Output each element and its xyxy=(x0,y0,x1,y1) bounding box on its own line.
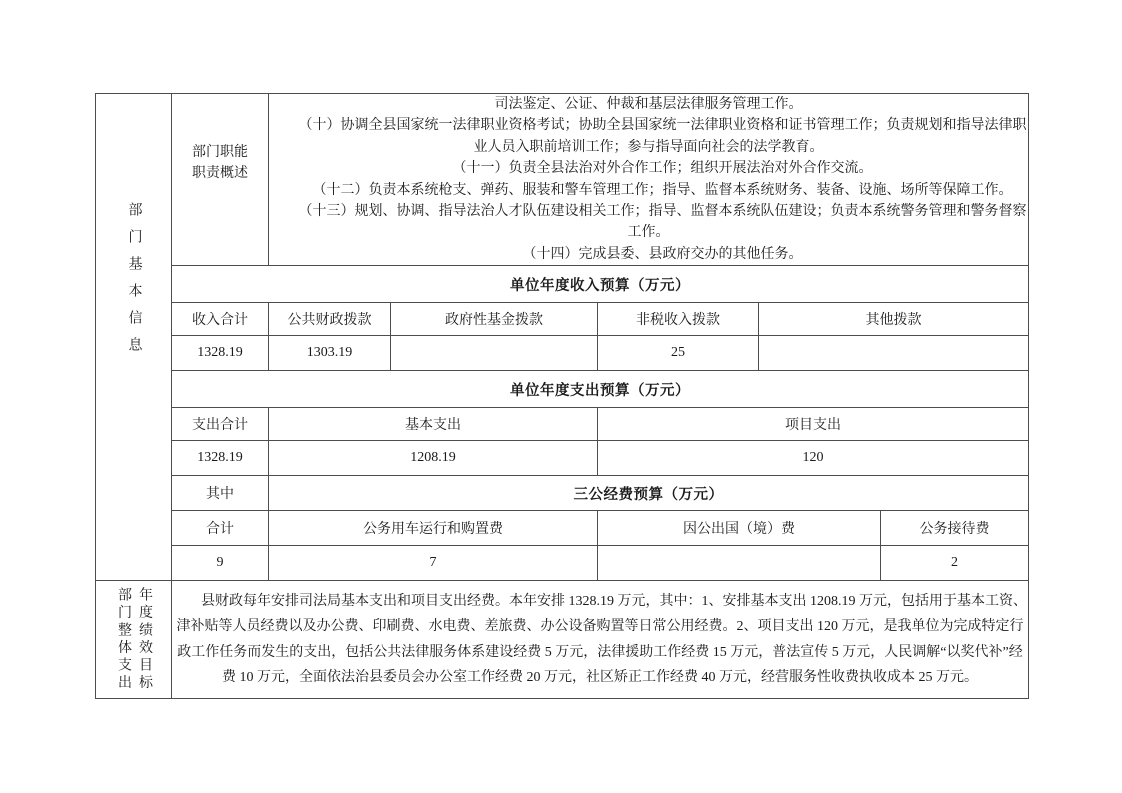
income-value-public-finance: 1303.19 xyxy=(269,336,391,371)
three-public-value-reception: 2 xyxy=(881,546,1029,581)
performance-label-cell: 部门整体支出 年度绩效目标 xyxy=(96,581,172,699)
expense-col-basic: 基本支出 xyxy=(269,408,598,441)
three-public-col-reception: 公务接待费 xyxy=(881,511,1029,546)
row-duty-overview: 部门基本信息 部门职能 职责概述 司法鉴定、公证、仲裁和基层法律服务管理工作。 … xyxy=(96,94,1029,266)
performance-text-cell: 县财政每年安排司法局基本支出和项目支出经费。本年安排 1328.19 万元，其中… xyxy=(172,581,1029,699)
duty-paragraph: （十二）负责本系统枪支、弹药、服装和警车管理工作；指导、监督本系统财务、装备、设… xyxy=(269,180,1028,201)
row-three-public-columns: 合计 公务用车运行和购置费 因公出国（境）费 公务接待费 xyxy=(96,511,1029,546)
three-public-value-abroad xyxy=(598,546,881,581)
duty-overview-text: 司法鉴定、公证、仲裁和基层法律服务管理工作。 （十）协调全县国家统一法律职业资格… xyxy=(269,94,1029,266)
performance-paragraph: 县财政每年安排司法局基本支出和项目支出经费。本年安排 1328.19 万元，其中… xyxy=(172,589,1028,690)
three-public-col-total: 合计 xyxy=(172,511,269,546)
among-label-cell: 其中 xyxy=(172,476,269,511)
performance-label-left: 部门整体支出 xyxy=(116,587,130,692)
income-value-other xyxy=(759,336,1029,371)
three-public-value-total: 9 xyxy=(172,546,269,581)
row-performance: 部门整体支出 年度绩效目标 县财政每年安排司法局基本支出和项目支出经费。本年安排… xyxy=(96,581,1029,699)
duty-paragraph: （十四）完成县委、县政府交办的其他任务。 xyxy=(269,244,1028,265)
expense-section-header: 单位年度支出预算（万元） xyxy=(172,371,1029,408)
row-expense-values: 1328.19 1208.19 120 xyxy=(96,441,1029,476)
duty-paragraph: （十三）规划、协调、指导法治人才队伍建设相关工作；指导、监督本系统队伍建设；负责… xyxy=(269,201,1028,244)
income-col-other: 其他拨款 xyxy=(759,303,1029,336)
row-income-values: 1328.19 1303.19 25 xyxy=(96,336,1029,371)
dept-basic-info-label: 部门基本信息 xyxy=(127,202,141,364)
income-col-public-finance: 公共财政拨款 xyxy=(269,303,391,336)
three-public-value-vehicle: 7 xyxy=(269,546,598,581)
expense-value-project: 120 xyxy=(598,441,1029,476)
expense-col-total: 支出合计 xyxy=(172,408,269,441)
row-income-header: 单位年度收入预算（万元） xyxy=(96,266,1029,303)
expense-value-basic: 1208.19 xyxy=(269,441,598,476)
row-income-columns: 收入合计 公共财政拨款 政府性基金拨款 非税收入拨款 其他拨款 xyxy=(96,303,1029,336)
row-three-public-values: 9 7 2 xyxy=(96,546,1029,581)
dept-basic-info-cell: 部门基本信息 xyxy=(96,94,172,581)
income-value-total: 1328.19 xyxy=(172,336,269,371)
duty-label-cell: 部门职能 职责概述 xyxy=(172,94,269,266)
duty-paragraph: （十一）负责全县法治对外合作工作；组织开展法治对外合作交流。 xyxy=(269,158,1028,179)
income-value-nontax: 25 xyxy=(598,336,759,371)
duty-paragraph: （十）协调全县国家统一法律职业资格考试；协助全县国家统一法律职业资格和证书管理工… xyxy=(269,115,1028,158)
duty-paragraph: 司法鉴定、公证、仲裁和基层法律服务管理工作。 xyxy=(269,94,1028,115)
row-expense-header: 单位年度支出预算（万元） xyxy=(96,371,1029,408)
duty-label-line1: 部门职能 xyxy=(172,142,268,163)
document-page: 部门基本信息 部门职能 职责概述 司法鉴定、公证、仲裁和基层法律服务管理工作。 … xyxy=(0,0,1122,793)
budget-table: 部门基本信息 部门职能 职责概述 司法鉴定、公证、仲裁和基层法律服务管理工作。 … xyxy=(95,93,1029,699)
income-col-nontax: 非税收入拨款 xyxy=(598,303,759,336)
performance-label-right: 年度绩效目标 xyxy=(137,587,151,692)
income-col-total: 收入合计 xyxy=(172,303,269,336)
three-public-col-abroad: 因公出国（境）费 xyxy=(598,511,881,546)
expense-value-total: 1328.19 xyxy=(172,441,269,476)
row-three-public-header: 其中 三公经费预算（万元） xyxy=(96,476,1029,511)
income-col-gov-fund: 政府性基金拨款 xyxy=(391,303,598,336)
row-expense-columns: 支出合计 基本支出 项目支出 xyxy=(96,408,1029,441)
duty-label-line2: 职责概述 xyxy=(172,163,268,184)
income-value-gov-fund xyxy=(391,336,598,371)
three-public-col-vehicle: 公务用车运行和购置费 xyxy=(269,511,598,546)
income-section-header: 单位年度收入预算（万元） xyxy=(172,266,1029,303)
expense-col-project: 项目支出 xyxy=(598,408,1029,441)
three-public-section-header: 三公经费预算（万元） xyxy=(269,476,1029,511)
